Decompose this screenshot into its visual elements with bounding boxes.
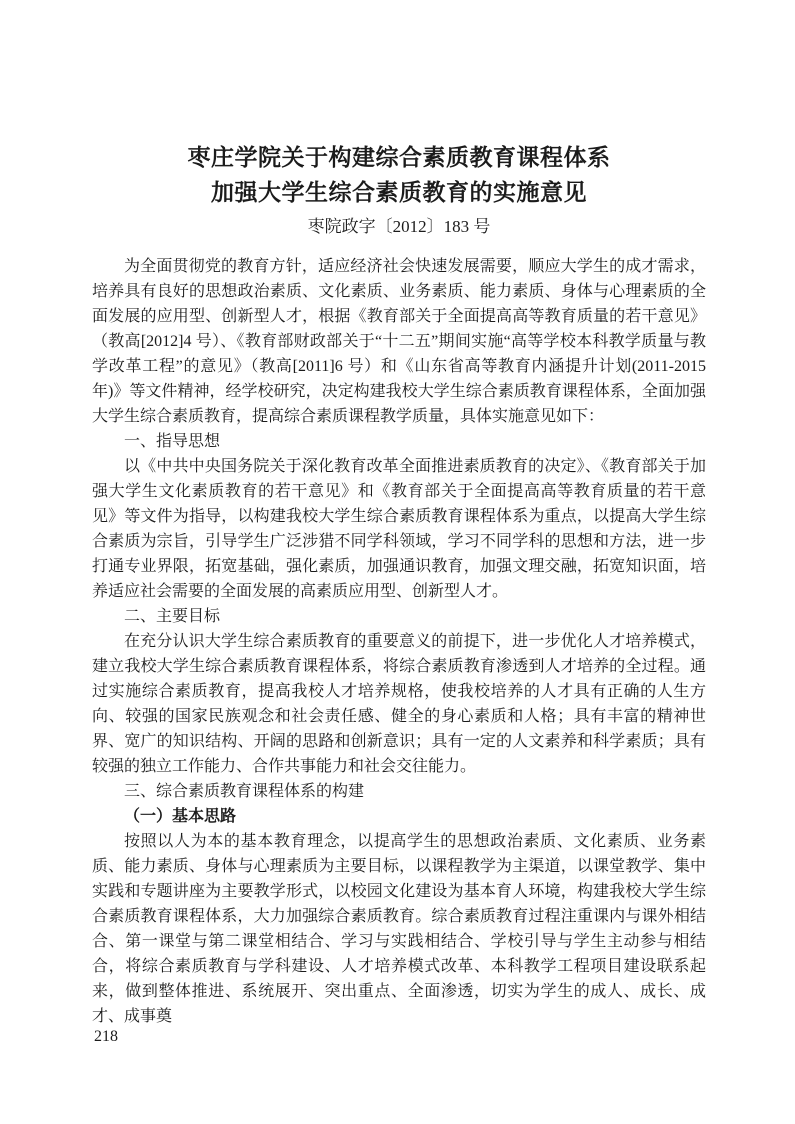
page-number: 218 xyxy=(94,1026,118,1048)
document-page: 枣庄学院关于构建综合素质教育课程体系 加强大学生综合素质教育的实施意见 枣院政字… xyxy=(0,0,795,1124)
document-content: 枣庄学院关于构建综合素质教育课程体系 加强大学生综合素质教育的实施意见 枣院政字… xyxy=(92,140,706,1029)
document-number: 枣院政字〔2012〕183 号 xyxy=(92,213,706,241)
title-line-1: 枣庄学院关于构建综合素质教育课程体系 xyxy=(92,140,706,175)
document-title: 枣庄学院关于构建综合素质教育课程体系 加强大学生综合素质教育的实施意见 xyxy=(92,140,706,210)
title-line-2: 加强大学生综合素质教育的实施意见 xyxy=(92,175,706,210)
basic-approach-paragraph: 按照以人为本的基本教育理念，以提高学生的思想政治素质、文化素质、业务素质、能力素… xyxy=(92,829,706,1029)
section-heading-curriculum-system: 三、综合素质教育课程体系的构建 xyxy=(92,779,706,804)
guiding-ideology-paragraph: 以《中共中央国务院关于深化教育改革全面推进素质教育的决定》、《教育部关于加强大学… xyxy=(92,454,706,604)
sub-heading-basic-approach: （一）基本思路 xyxy=(92,804,706,829)
main-goals-paragraph: 在充分认识大学生综合素质教育的重要意义的前提下，进一步优化人才培养模式，建立我校… xyxy=(92,629,706,779)
intro-paragraph: 为全面贯彻党的教育方针，适应经济社会快速发展需要，顺应大学生的成才需求，培养具有… xyxy=(92,254,706,429)
section-heading-main-goals: 二、主要目标 xyxy=(92,604,706,629)
document-body: 为全面贯彻党的教育方针，适应经济社会快速发展需要，顺应大学生的成才需求，培养具有… xyxy=(92,254,706,1029)
section-heading-guiding-ideology: 一、指导思想 xyxy=(92,429,706,454)
